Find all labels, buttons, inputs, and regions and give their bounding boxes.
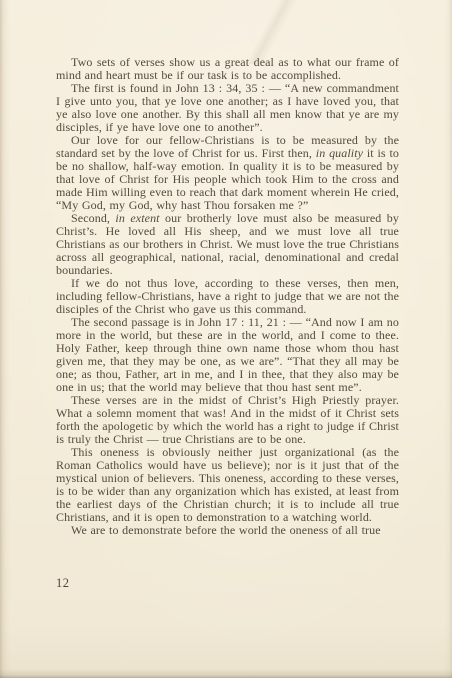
paragraph-5: If we do not thus love, according to the… bbox=[56, 277, 399, 316]
page-number: 12 bbox=[56, 576, 70, 591]
paragraph-3: Our love for our fellow-Christians is to… bbox=[56, 134, 399, 212]
paragraph-7: These verses are in the midst of Christ’… bbox=[56, 394, 399, 446]
body-text: Two sets of verses show us a great deal … bbox=[56, 56, 399, 537]
page-edge-shadow-left bbox=[0, 0, 11, 678]
paragraph-8: This oneness is obviously neither just o… bbox=[56, 446, 399, 524]
paragraph-2: The first is found in John 13 : 34, 35 :… bbox=[56, 82, 399, 134]
book-page: Two sets of verses show us a great deal … bbox=[0, 0, 452, 678]
page-edge-shadow-bottom bbox=[0, 669, 452, 678]
paragraph-1: Two sets of verses show us a great deal … bbox=[56, 56, 399, 82]
paragraph-3-italic-phrase: in quality bbox=[316, 146, 363, 160]
paragraph-9: We are to demonstrate before the world t… bbox=[56, 524, 399, 537]
paragraph-6: The second passage is in John 17 : 11, 2… bbox=[56, 316, 399, 394]
page-edge-shadow-right bbox=[444, 0, 452, 678]
paragraph-4-text: Second, bbox=[71, 211, 115, 225]
paragraph-4-italic-phrase: in extent bbox=[115, 211, 159, 225]
paragraph-4: Second, in extent our brotherly love mus… bbox=[56, 212, 399, 277]
